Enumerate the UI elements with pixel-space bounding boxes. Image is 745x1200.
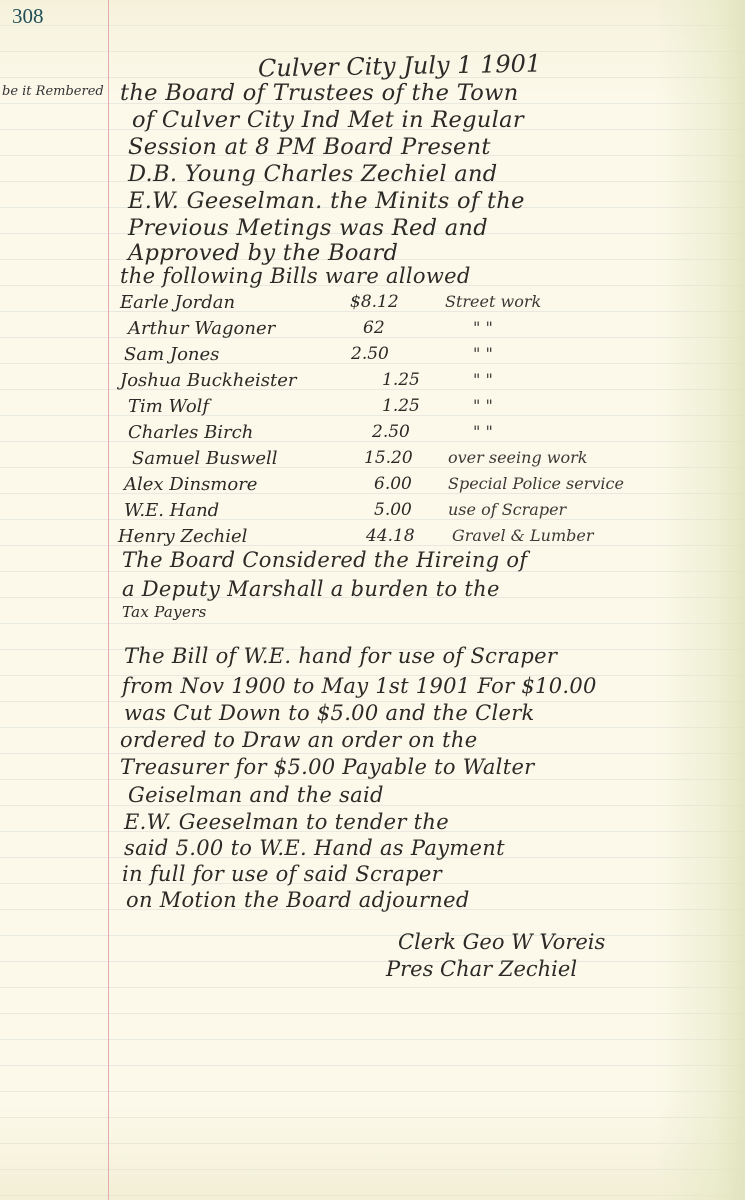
bill-amount: 1.25 [382,396,420,416]
bill-purpose: Gravel & Lumber [452,526,593,545]
bill-amount: 5.00 [374,500,412,520]
bill-purpose: Special Police service [448,474,624,493]
bill-purpose: over seeing work [448,448,587,467]
bill-row: Henry Zechiel 44.18 Gravel & Lumber [118,526,718,550]
bill-row: Samuel Buswell 15.20 over seeing work [132,448,732,472]
minutes-line: Previous Metings was Red and [128,215,488,241]
margin-rule [108,0,109,1200]
bill-purpose: use of Scraper [448,500,566,519]
minutes-line: the following Bills ware allowed [120,264,471,288]
bill-purpose: " " [473,344,493,363]
bill-payee: Arthur Wagoner [128,318,275,339]
bill-purpose: Street work [445,292,541,311]
bill-row: Earle Jordan $8.12 Street work [120,292,720,316]
minutes-line: of Culver City Ind Met in Regular [132,107,524,133]
ledger-page: 308 Culver City July 1 1901 be it Rember… [0,0,745,1200]
bill-payee: Charles Birch [128,422,253,443]
bill-row: Sam Jones 2.50 " " [124,344,724,368]
president-signature: Pres Char Zechiel [386,957,577,981]
bill-amount: 1.25 [382,370,420,390]
minutes-line: in full for use of said Scraper [122,862,442,886]
bill-row: Alex Dinsmore 6.00 Special Police servic… [124,474,724,498]
minutes-line: E.W. Geeselman to tender the [124,810,449,834]
bill-payee: Sam Jones [124,344,219,365]
bill-payee: Joshua Buckheister [120,370,296,391]
bill-row: Arthur Wagoner 62 " " [128,318,728,342]
minutes-line: E.W. Geeselman. the Minits of the [128,188,525,214]
bill-payee: Earle Jordan [120,292,235,313]
minutes-line: Approved by the Board [128,240,398,266]
bill-payee: Henry Zechiel [118,526,247,547]
bill-amount: 44.18 [366,526,415,546]
minutes-line: ordered to Draw an order on the [120,728,477,752]
minutes-line: from Nov 1900 to May 1st 1901 For $10.00 [122,674,597,698]
bill-row: Charles Birch 2.50 " " [128,422,728,446]
bill-row: Tim Wolf 1.25 " " [128,396,728,420]
minutes-line: a Deputy Marshall a burden to the [122,577,500,601]
bill-row: W.E. Hand 5.00 use of Scraper [124,500,724,524]
minutes-line: The Bill of W.E. hand for use of Scraper [124,644,557,668]
bill-purpose: " " [473,396,493,415]
minutes-line: Tax Payers [122,603,207,621]
minutes-line: Session at 8 PM Board Present [128,134,491,160]
clerk-signature: Clerk Geo W Voreis [398,930,605,954]
bill-purpose: " " [473,318,493,337]
bill-payee: W.E. Hand [124,500,219,521]
bill-purpose: " " [473,370,493,389]
minutes-line: Geiselman and the said [128,783,384,807]
minutes-line: Treasurer for $5.00 Payable to Walter [120,755,535,779]
bill-amount: 62 [363,318,385,338]
bill-amount: $8.12 [350,292,399,312]
bill-payee: Samuel Buswell [132,448,278,469]
bill-purpose: " " [473,422,493,441]
minutes-line: the Board of Trustees of the Town [120,80,519,106]
minutes-line: The Board Considered the Hireing of [122,548,527,572]
minutes-line: on Motion the Board adjourned [126,888,470,912]
minutes-line: D.B. Young Charles Zechiel and [128,161,498,187]
bill-amount: 6.00 [374,474,412,494]
date-heading: Culver City July 1 1901 [258,50,542,83]
bill-amount: 2.50 [372,422,410,442]
minutes-line: said 5.00 to W.E. Hand as Payment [124,836,505,860]
margin-note: be it Rembered [2,84,104,99]
bill-amount: 2.50 [351,344,389,364]
bill-amount: 15.20 [364,448,413,468]
bill-payee: Tim Wolf [128,396,209,417]
page-number: 308 [12,4,44,29]
bill-row: Joshua Buckheister 1.25 " " [120,370,720,394]
bill-payee: Alex Dinsmore [124,474,257,495]
minutes-line: was Cut Down to $5.00 and the Clerk [124,701,535,725]
